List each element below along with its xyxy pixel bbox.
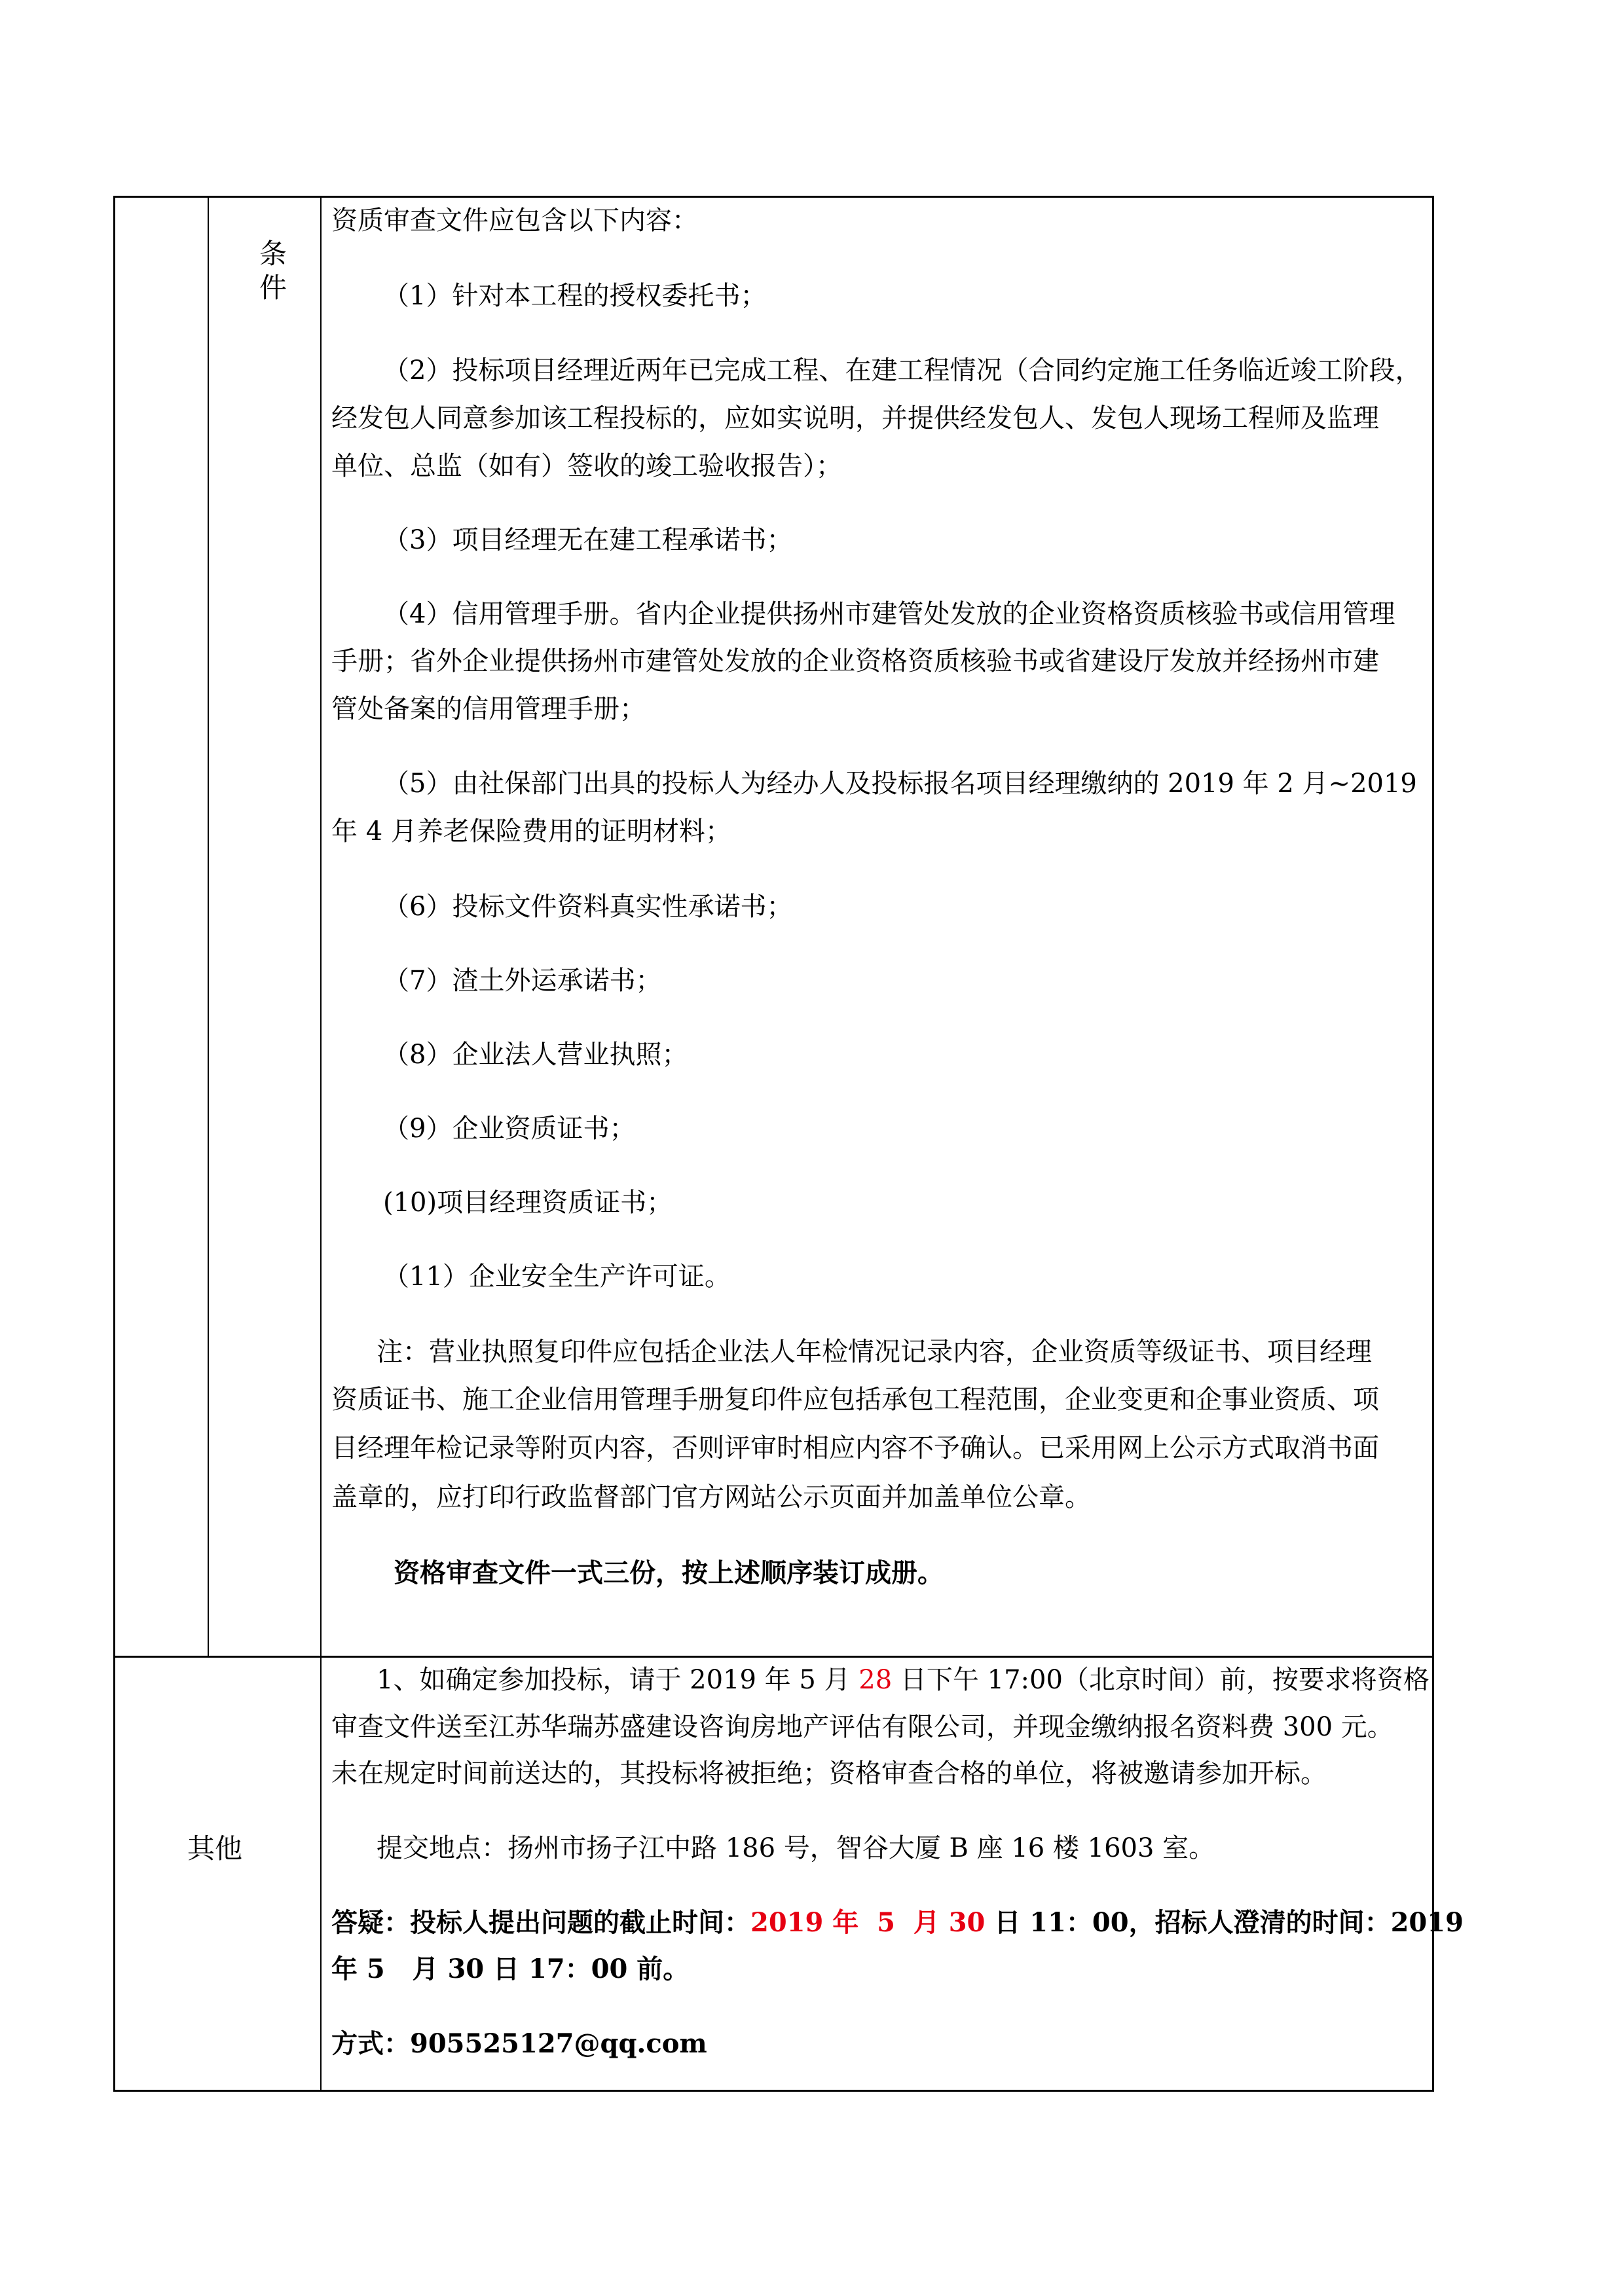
note-line-3: 目经理年检记录等附页内容，否则评审时相应内容不予确认。已采用网上公示方式取消书面	[331, 1432, 1379, 1465]
submission-text-pre: 1、如确定参加投标，请于 2019 年 5 月	[377, 1665, 858, 1695]
binding-note: 资格审查文件一式三份，按上述顺序装订成册。	[394, 1557, 944, 1590]
item-6: （6）投标文件资料真实性承诺书；	[383, 890, 792, 923]
intro-text: 资质审查文件应包含以下内容：	[331, 204, 698, 237]
item-9: （9）企业资质证书；	[383, 1112, 635, 1145]
column-divider-2	[320, 196, 322, 2092]
item-4-line-1: （4）信用管理手册。省内企业提供扬州市建管处发放的企业资格资质核验书或信用管理	[383, 598, 1395, 630]
item-4-line-2: 手册；省外企业提供扬州市建管处发放的企业资格资质核验书或省建设厅发放并经扬州市建	[331, 645, 1379, 678]
item-2-line-2: 经发包人同意参加该工程投标的，应如实说明，并提供经发包人、发包人现场工程师及监理	[331, 402, 1379, 435]
qa-line-2: 年 5 月 30 日 17：00 前。	[331, 1953, 689, 1986]
note-line-1: 注：营业执照复印件应包括企业法人年检情况记录内容，企业资质等级证书、项目经理	[377, 1336, 1372, 1368]
submission-date-highlight: 28	[858, 1665, 892, 1695]
qa-text-pre: 答疑：投标人提出问题的截止时间：	[331, 1907, 750, 1938]
item-1: （1）针对本工程的授权委托书；	[383, 280, 766, 312]
item-5-line-2: 年 4 月养老保险费用的证明材料；	[331, 815, 731, 848]
column-divider-1	[208, 196, 209, 1657]
item-8: （8）企业法人营业执照；	[383, 1038, 688, 1071]
note-line-2: 资质证书、施工企业信用管理手册复印件应包括承包工程范围，企业变更和企事业资质、项	[331, 1383, 1379, 1416]
submission-line-3: 未在规定时间前送达的，其投标将被拒绝；资格审查合格的单位，将被邀请参加开标。	[331, 1757, 1327, 1790]
row-label-other: 其他	[187, 1832, 242, 1866]
qa-text-post: 日 11：00，招标人澄清的时间：2019	[985, 1907, 1464, 1938]
item-3: （3）项目经理无在建工程承诺书；	[383, 524, 792, 556]
item-5-line-1: （5）由社保部门出具的投标人为经办人及投标报名项目经理缴纳的 2019 年 2 …	[383, 767, 1417, 800]
submission-line-2: 审查文件送至江苏华瑞苏盛建设咨询房地产评估有限公司，并现金缴纳报名资料费 300…	[331, 1711, 1393, 1743]
row-label-conditions: 条 件	[257, 237, 289, 305]
label-char-2: 件	[257, 271, 289, 305]
item-4-line-3: 管处备案的信用管理手册；	[331, 693, 646, 725]
contact-email[interactable]: 方式：905525127@qq.com	[331, 2028, 707, 2060]
submission-address: 提交地点：扬州市扬子江中路 186 号，智谷大厦 B 座 16 楼 1603 室…	[377, 1832, 1215, 1865]
item-2-line-1: （2）投标项目经理近两年已完成工程、在建工程情况（合同约定施工任务临近竣工阶段，	[383, 354, 1421, 387]
row-divider	[113, 1656, 1434, 1658]
table-border-right	[1432, 196, 1434, 2092]
note-line-4: 盖章的，应打印行政监督部门官方网站公示页面并加盖单位公章。	[331, 1481, 1091, 1514]
table-border-bottom	[113, 2090, 1434, 2092]
item-2-line-3: 单位、总监（如有）签收的竣工验收报告）；	[331, 450, 842, 483]
table-border-top	[113, 196, 1434, 198]
qa-line-1: 答疑：投标人提出问题的截止时间：2019 年 5 月 30 日 11：00，招标…	[331, 1906, 1464, 1939]
submission-line-1: 1、如确定参加投标，请于 2019 年 5 月 28 日下午 17:00（北京时…	[377, 1664, 1430, 1696]
qa-deadline-highlight: 2019 年 5 月 30	[750, 1907, 985, 1938]
table-border-left	[113, 196, 115, 2092]
item-10: (10)项目经理资质证书；	[383, 1186, 673, 1219]
item-7: （7）渣土外运承诺书；	[383, 964, 661, 997]
item-11: （11）企业安全生产许可证。	[383, 1260, 731, 1293]
submission-text-post: 日下午 17:00（北京时间）前，按要求将资格	[892, 1665, 1430, 1695]
label-char-1: 条	[257, 237, 289, 271]
